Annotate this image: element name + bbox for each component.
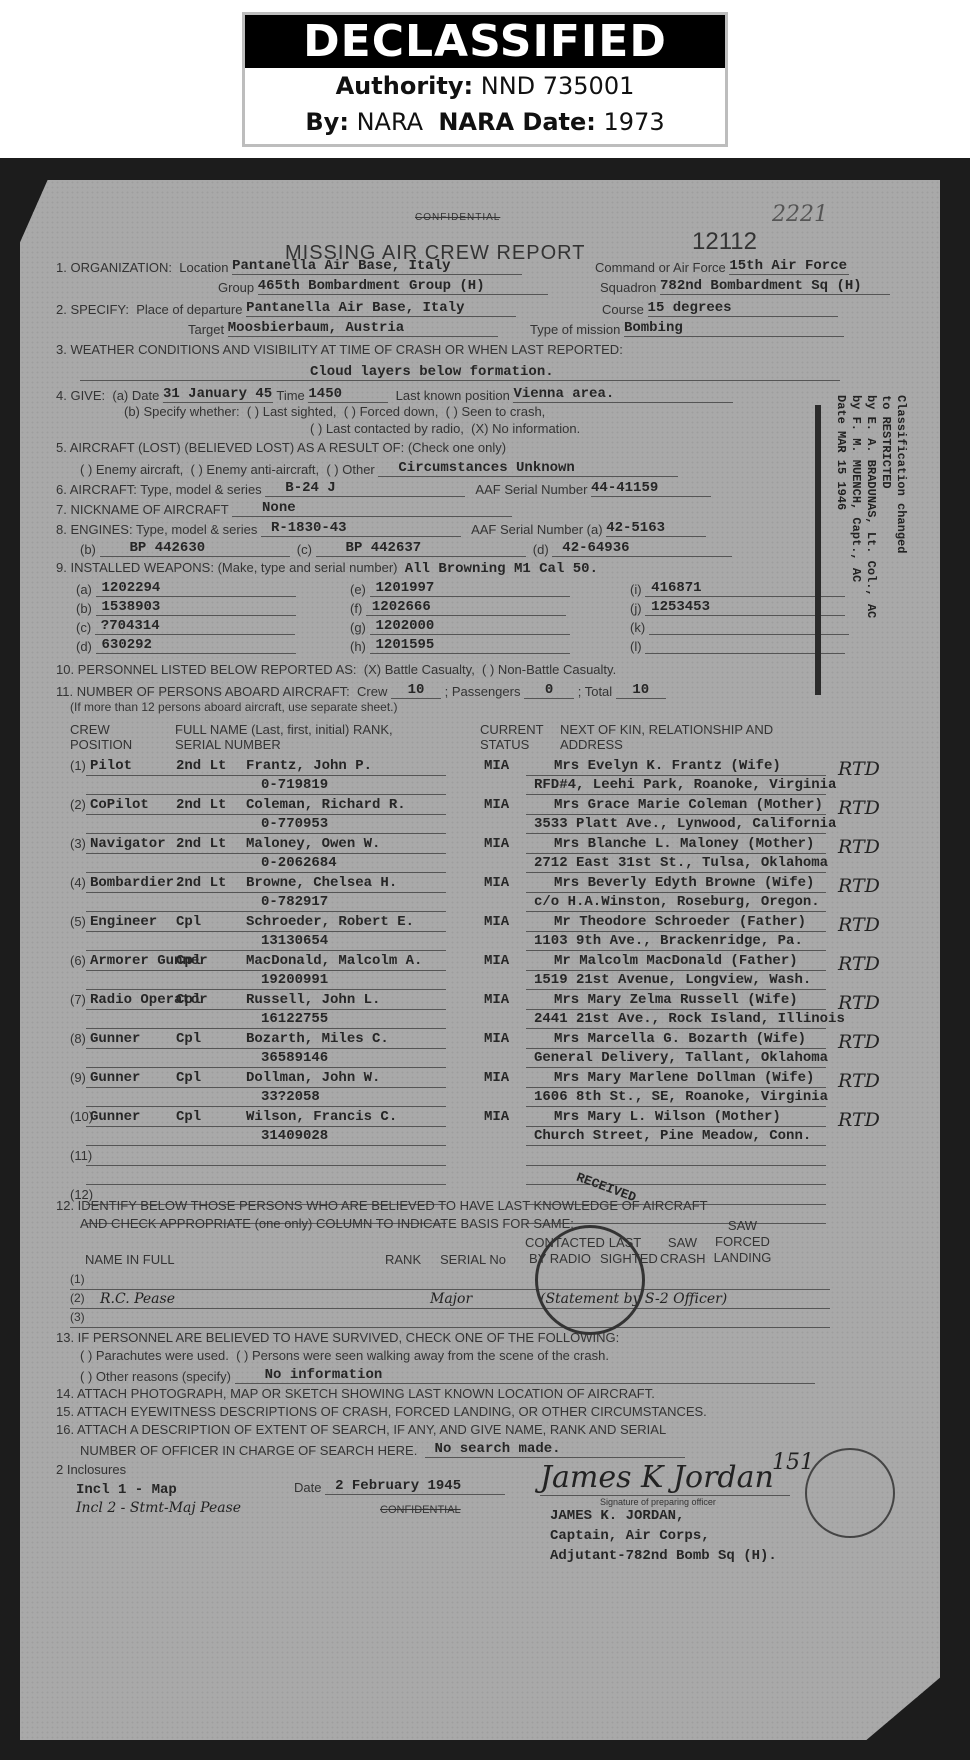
engines-label: 8. ENGINES: Type, model & series [56, 522, 257, 537]
rule-line [526, 814, 826, 815]
crew-status: MIA [484, 758, 509, 774]
total-label: ; Total [578, 684, 612, 699]
specify-whether-2: ( ) Last contacted by radio, (X) No info… [310, 421, 580, 436]
rule-line [86, 970, 446, 971]
signature-caption: Signature of preparing officer [600, 1497, 716, 1507]
search-value: No search made. [425, 1441, 685, 1458]
section-give: 4. GIVE: (a) Date 31 January 45 Time 145… [56, 386, 733, 403]
engine-serial-c: BP 442637 [316, 540, 526, 557]
crew-number: (1) [70, 758, 86, 773]
crew-position: Navigator [90, 836, 166, 852]
next-of-kin: Mrs Mary Zelma Russell (Wife) [554, 992, 798, 1008]
time-value: 1450 [308, 386, 388, 403]
kin-address: 3533 Platt Ave., Lynwood, California [534, 816, 836, 832]
rule-line [526, 1028, 826, 1029]
aircraft-label: 6. AIRCRAFT: Type, model & series [56, 482, 262, 497]
crew-position: Pilot [90, 758, 132, 774]
section-personnel-reported: 10. PERSONNEL LISTED BELOW REPORTED AS: … [56, 662, 616, 677]
target-value: Moosbierbaum, Austria [228, 320, 498, 337]
engine-type-value: R-1830-43 [261, 520, 461, 537]
crew-rank: 2nd Lt [176, 875, 226, 891]
weapon-key: (g) [350, 620, 366, 635]
course-label: Course [602, 302, 644, 317]
rtd-note: RTD [838, 836, 880, 858]
weapon-key: (k) [630, 620, 645, 635]
authority-value: NND 735001 [481, 72, 635, 100]
section-aircraft: 6. AIRCRAFT: Type, model & series B-24 J… [56, 480, 711, 497]
footer-date-value: 2 February 1945 [325, 1478, 505, 1495]
rule-line [86, 1087, 446, 1088]
rule-line [526, 989, 826, 990]
weapon-row: (c) ?704314 [76, 618, 295, 635]
command-label: Command or Air Force [595, 260, 726, 275]
nickname-label: 7. NICKNAME OF AIRCRAFT [56, 502, 228, 517]
rule-line [86, 833, 446, 834]
section-lost-result: 5. AIRCRAFT (LOST) (BELIEVED LOST) AS A … [56, 440, 506, 455]
table-row: (5)EngineerCplSchroeder, Robert E.131306… [56, 914, 896, 954]
squadron-value: 782nd Bombardment Sq (H) [660, 278, 890, 295]
weapon-serial: 630292 [96, 637, 296, 654]
nickname-value: None [232, 500, 512, 517]
weapon-serial: 1202294 [96, 580, 296, 597]
section-organization: 1. ORGANIZATION: Location Pantanella Air… [56, 258, 522, 275]
weapon-key: (c) [76, 620, 91, 635]
classification-top: CONFIDENTIAL [415, 212, 500, 223]
rule-line [86, 1009, 446, 1010]
handwritten-number: 2221 [772, 202, 828, 227]
col-full-name: FULL NAME (Last, first, initial) RANK, S… [175, 722, 405, 752]
passengers-label: ; Passengers [445, 684, 521, 699]
crew-serial: 0-782917 [261, 894, 328, 910]
crew-number: (7) [70, 992, 86, 1007]
aircraft-serial-label: AAF Serial Number [475, 482, 587, 497]
rule-line [86, 931, 446, 932]
table-row: (7)Radio OperatorCplRussell, John L.1612… [56, 992, 896, 1032]
witness-name: R.C. Pease [100, 1291, 175, 1307]
crew-serial: 16122755 [261, 1011, 328, 1027]
crew-status: MIA [484, 914, 509, 930]
table-row: (8)GunnerCplBozarth, Miles C.36589146MIA… [56, 1031, 896, 1071]
by-line: By: NARA NARA Date: 1973 [245, 104, 725, 140]
crew-status: MIA [484, 875, 509, 891]
witness-rank: Major [430, 1291, 472, 1307]
witness-row: (3) [70, 1310, 830, 1328]
rule-line [86, 1048, 446, 1049]
kin-address: 1103 9th Ave., Brackenridge, Pa. [534, 933, 803, 949]
mission-value: Bombing [624, 320, 844, 337]
stamp-line-1: Classification changed [893, 395, 908, 695]
rule-line [86, 950, 446, 951]
crew-rank: 2nd Lt [176, 758, 226, 774]
date-value: 31 January 45 [163, 386, 273, 403]
reclassification-stamp: Classification changed to RESTRICTED by … [808, 395, 908, 695]
forced-down-checkbox[interactable]: ( ) Forced down, [344, 404, 439, 419]
crew-count-value: 10 [391, 682, 441, 699]
crew-serial: 19200991 [261, 972, 328, 988]
kin-address: 2712 East 31st St., Tulsa, Oklahoma [534, 855, 828, 871]
weapons-label: 9. INSTALLED WEAPONS: (Make, type and se… [56, 560, 398, 575]
weapon-serial: 1202000 [370, 618, 570, 635]
specify-label: 2. SPECIFY: [56, 302, 129, 317]
weapon-serial: 1202666 [366, 599, 566, 616]
rule-line [526, 1126, 826, 1127]
crew-rank: Cpl [176, 953, 201, 969]
rule-line [86, 1165, 446, 1166]
margin-initials: 151 [772, 1450, 814, 1475]
footer-date: Date 2 February 1945 [294, 1478, 505, 1495]
rule-line [526, 1145, 826, 1146]
rtd-note: RTD [838, 758, 880, 780]
weapon-serial: 1538903 [96, 599, 296, 616]
kin-address: 2441 21st Ave., Rock Island, Illinois [534, 1011, 845, 1027]
departure-value: Pantanella Air Base, Italy [246, 300, 516, 317]
crew-serial: 31409028 [261, 1128, 328, 1144]
crew-rank: 2nd Lt [176, 836, 226, 852]
no-information-checkbox[interactable]: (X) No information. [471, 421, 580, 436]
weapon-row: (a) 1202294 [76, 580, 296, 597]
crew-status: MIA [484, 992, 509, 1008]
rule-line [86, 794, 446, 795]
rtd-note: RTD [838, 953, 880, 975]
kin-address: RFD#4, Leehi Park, Roanoke, Virginia [534, 777, 836, 793]
witness-number: (3) [70, 1310, 85, 1324]
org-label: 1. ORGANIZATION: [56, 260, 172, 275]
weapon-row: (g) 1202000 [350, 618, 570, 635]
rule-line [86, 1184, 446, 1185]
rule-line [86, 892, 446, 893]
section-weapons: 9. INSTALLED WEAPONS: (Make, type and se… [56, 560, 598, 577]
crew-rank: Cpl [176, 1109, 201, 1125]
rtd-note: RTD [838, 1031, 880, 1053]
target-field: Target Moosbierbaum, Austria [188, 320, 498, 337]
crew-number: (8) [70, 1031, 86, 1046]
crew-name: Bozarth, Miles C. [246, 1031, 389, 1047]
crew-status: MIA [484, 836, 509, 852]
command-field: Command or Air Force 15th Air Force [595, 258, 849, 275]
mission-field: Type of mission Bombing [530, 320, 844, 337]
rule-line [86, 1067, 446, 1068]
passengers-value: 0 [524, 682, 574, 699]
table-row: (11) [56, 1148, 896, 1188]
stamp-line-2: to RESTRICTED [878, 395, 893, 695]
section-attach-eyewitness: 15. ATTACH EYEWITNESS DESCRIPTIONS OF CR… [56, 1404, 707, 1419]
mission-label: Type of mission [530, 322, 620, 337]
authority-line: Authority: NND 735001 [245, 68, 725, 104]
inclosure-1: Incl 1 - Map [76, 1482, 177, 1498]
crew-position: Gunner [90, 1109, 140, 1125]
rule-line [526, 1106, 826, 1107]
crew-name: Wilson, Francis C. [246, 1109, 397, 1125]
crew-position: Engineer [90, 914, 157, 930]
rule-line [86, 872, 446, 873]
rule-line [526, 794, 826, 795]
table-row: (1)Pilot2nd LtFrantz, John P.0-719819MIA… [56, 758, 896, 798]
section-search-2: NUMBER OF OFFICER IN CHARGE OF SEARCH HE… [80, 1441, 685, 1458]
crew-status: MIA [484, 953, 509, 969]
next-of-kin: Mrs Marcella G. Bozarth (Wife) [554, 1031, 806, 1047]
crew-serial: 13130654 [261, 933, 328, 949]
section-persons-aboard: 11. NUMBER OF PERSONS ABOARD AIRCRAFT: C… [56, 682, 666, 699]
rule-line [526, 970, 826, 971]
course-field: Course 15 degrees [602, 300, 838, 317]
survived-options: ( ) Parachutes were used. ( ) Persons we… [80, 1348, 609, 1363]
kin-address: General Delivery, Tallant, Oklahoma [534, 1050, 828, 1066]
rule-line [526, 1184, 826, 1185]
weapon-serial: ?704314 [95, 618, 295, 635]
stamp-line-5: Date MAR 15 1946 [833, 395, 848, 695]
engine-d-label: (d) [533, 542, 549, 557]
weapon-key: (j) [630, 601, 642, 616]
time-label: Time [276, 388, 304, 403]
section-last-knowledge-2: AND CHECK APPROPRIATE (one only) COLUMN … [80, 1216, 574, 1231]
section-weather: 3. WEATHER CONDITIONS AND VISIBILITY AT … [56, 342, 623, 357]
engine-b-label: (b) [80, 542, 96, 557]
engine-serials: (b) BP 442630 (c) BP 442637 (d) 42-64936 [80, 540, 732, 557]
rtd-note: RTD [838, 914, 880, 936]
rule-line [526, 833, 826, 834]
crew-rank: Cpl [176, 1070, 201, 1086]
rule-line [526, 892, 826, 893]
next-of-kin: Mrs Mary L. Wilson (Mother) [554, 1109, 781, 1125]
rule-line [526, 1009, 826, 1010]
rule-line [86, 814, 446, 815]
engine-serial-b: BP 442630 [100, 540, 290, 557]
persons-aboard-label: 11. NUMBER OF PERSONS ABOARD AIRCRAFT: [56, 684, 350, 699]
rule-line [526, 1087, 826, 1088]
weapon-row: (f) 1202666 [350, 599, 566, 616]
non-battle-casualty-checkbox[interactable]: ( ) Non-Battle Casualty. [482, 662, 616, 677]
authority-label: Authority: [336, 72, 473, 100]
weapon-key: (b) [76, 601, 92, 616]
rule-line [526, 1165, 826, 1166]
table-row: (4)Bombardier2nd LtBrowne, Chelsea H.0-7… [56, 875, 896, 915]
section-specify: 2. SPECIFY: Place of departure Pantanell… [56, 300, 516, 317]
next-of-kin: Mr Theodore Schroeder (Father) [554, 914, 806, 930]
weapon-row: (d) 630292 [76, 637, 296, 654]
rtd-note: RTD [838, 875, 880, 897]
crew-name: MacDonald, Malcolm A. [246, 953, 422, 969]
location-value: Pantanella Air Base, Italy [232, 258, 522, 275]
table-row: (9)GunnerCplDollman, John W.33?2058MIAMr… [56, 1070, 896, 1110]
rule-line [86, 1106, 446, 1107]
give-label: 4. GIVE: [56, 388, 105, 403]
crew-number: (4) [70, 875, 86, 890]
other-cause-value: Circumstances Unknown [378, 460, 678, 477]
kin-address: c/o H.A.Winston, Roseburg, Oregon. [534, 894, 820, 910]
col-saw-forced-landing: SAW FORCED LANDING [710, 1218, 775, 1266]
rule-line [86, 911, 446, 912]
by-label: By: [305, 108, 349, 136]
crew-position: Gunner [90, 1031, 140, 1047]
date-label: (a) Date [112, 388, 159, 403]
next-of-kin: Mrs Mary Marlene Dollman (Wife) [554, 1070, 814, 1086]
total-value: 10 [616, 682, 666, 699]
rule-line [526, 1048, 826, 1049]
other-checkbox[interactable]: ( ) Other [326, 462, 374, 477]
stamp-line-3: by E. A. BRADUNAS, Lt. Col., AC [863, 395, 878, 695]
kin-address: 1519 21st Avenue, Longview, Wash. [534, 972, 811, 988]
engine-serial-a: 42-5163 [606, 520, 706, 537]
crew-count-label: Crew [357, 684, 387, 699]
rule-line [86, 1145, 446, 1146]
weather-value: Cloud layers below formation. [310, 364, 554, 380]
section-survived: 13. IF PERSONNEL ARE BELIEVED TO HAVE SU… [56, 1330, 619, 1345]
last-radio-checkbox[interactable]: ( ) Last contacted by radio, [310, 421, 464, 436]
other-reasons-value: No information [235, 1367, 815, 1384]
rule-line [86, 1028, 446, 1029]
rtd-note: RTD [838, 992, 880, 1014]
kin-address: 1606 8th St., SE, Roanoke, Virginia [534, 1089, 828, 1105]
rule-line [526, 1067, 826, 1068]
declassified-banner: DECLASSIFIED Authority: NND 735001 By: N… [242, 12, 728, 147]
parachutes-checkbox[interactable]: ( ) Parachutes were used. [80, 1348, 229, 1363]
officer-rank: Captain, Air Corps, [550, 1528, 710, 1544]
departure-label: Place of departure [136, 302, 242, 317]
report-page: CONFIDENTIAL MISSING AIR CREW REPORT 121… [20, 180, 940, 1740]
rtd-note: RTD [838, 797, 880, 819]
aircraft-type-value: B-24 J [265, 480, 465, 497]
enemy-aircraft-checkbox[interactable]: ( ) Enemy aircraft, [80, 462, 183, 477]
crew-name: Maloney, Owen W. [246, 836, 380, 852]
crew-name: Dollman, John W. [246, 1070, 380, 1086]
col-rank: RANK [385, 1252, 421, 1267]
engine-serial-d: 42-64936 [552, 540, 732, 557]
crew-serial: 0-719819 [261, 777, 328, 793]
crew-name: Coleman, Richard R. [246, 797, 406, 813]
crew-position: Gunner [90, 1070, 140, 1086]
rule-line [526, 872, 826, 873]
crew-serial: 36589146 [261, 1050, 328, 1066]
rtd-note: RTD [838, 1070, 880, 1092]
col-status: CURRENT STATUS [480, 722, 540, 752]
crew-position: CoPilot [90, 797, 149, 813]
location-label: Location [179, 260, 228, 275]
battle-casualty-checkbox[interactable]: (X) Battle Casualty, [364, 662, 475, 677]
nara-date-value: 1973 [604, 108, 665, 136]
witness-row: (1) [70, 1272, 830, 1290]
lost-result-options: ( ) Enemy aircraft, ( ) Enemy anti-aircr… [80, 460, 678, 477]
table-row: (6)Armorer GunnerCplMacDonald, Malcolm A… [56, 953, 896, 993]
stamp-line-4: by F. M. MUENCH, Capt., AC [848, 395, 863, 695]
weapon-row: (e) 1201997 [350, 580, 570, 597]
group-value: 465th Bombardment Group (H) [258, 278, 548, 295]
weapon-row: (h) 1201595 [350, 637, 570, 654]
crew-rank: Cpl [176, 992, 201, 1008]
section-attach-photo: 14. ATTACH PHOTOGRAPH, MAP OR SKETCH SHO… [56, 1386, 655, 1401]
crew-serial: 33?2058 [261, 1089, 320, 1105]
weapon-key: (h) [350, 639, 366, 654]
table-row: (10)GunnerCplWilson, Francis C.31409028M… [56, 1109, 896, 1149]
col-next-of-kin: NEXT OF KIN, RELATIONSHIP AND ADDRESS [560, 722, 790, 752]
inclosures-label: 2 Inclosures [56, 1462, 126, 1477]
table-row: (3)Navigator2nd LtMaloney, Owen W.0-2062… [56, 836, 896, 876]
weapons-make-value: All Browning M1 Cal 50. [405, 561, 598, 577]
crew-number: (5) [70, 914, 86, 929]
enemy-aa-checkbox[interactable]: ( ) Enemy anti-aircraft, [191, 462, 320, 477]
witness-number: (2) [70, 1291, 85, 1305]
weapon-key: (f) [350, 601, 362, 616]
crew-rank: Cpl [176, 1031, 201, 1047]
crew-serial: 0-2062684 [261, 855, 337, 871]
nara-date-label: NARA Date: [438, 108, 596, 136]
weather-line: Cloud layers below formation. [80, 363, 840, 381]
aircraft-serial-value: 44-41159 [591, 480, 711, 497]
weapon-row: (b) 1538903 [76, 599, 296, 616]
weapon-key: (e) [350, 582, 366, 597]
declassified-title: DECLASSIFIED [245, 15, 725, 68]
group-label: Group [218, 280, 254, 295]
weapon-key: (d) [76, 639, 92, 654]
crew-number: (6) [70, 953, 86, 968]
next-of-kin: Mrs Beverly Edyth Browne (Wife) [554, 875, 814, 891]
next-of-kin: Mr Malcolm MacDonald (Father) [554, 953, 798, 969]
classification-bottom: CONFIDENTIAL [380, 1504, 461, 1516]
survived-other: ( ) Other reasons (specify) No informati… [80, 1367, 815, 1384]
witness-number: (1) [70, 1272, 85, 1286]
footer-date-label: Date [294, 1480, 321, 1495]
section-engines: 8. ENGINES: Type, model & series R-1830-… [56, 520, 706, 537]
last-sighted-checkbox[interactable]: ( ) Last sighted, [247, 404, 337, 419]
personnel-reported-label: 10. PERSONNEL LISTED BELOW REPORTED AS: [56, 662, 357, 677]
crew-number: (2) [70, 797, 86, 812]
seen-crash-checkbox[interactable]: ( ) Seen to crash, [446, 404, 546, 419]
rule-line [86, 853, 446, 854]
section-search: 16. ATTACH A DESCRIPTION OF EXTENT OF SE… [56, 1422, 666, 1437]
kin-address: Church Street, Pine Meadow, Conn. [534, 1128, 811, 1144]
inclosure-2: Incl 2 - Stmt-Maj Pease [76, 1500, 241, 1516]
crew-status: MIA [484, 1109, 509, 1125]
rule-line [86, 775, 446, 776]
crew-rank: 2nd Lt [176, 797, 226, 813]
initials-circle [805, 1448, 895, 1538]
table-row: (2)CoPilot2nd LtColeman, Richard R.0-770… [56, 797, 896, 837]
course-value: 15 degrees [648, 300, 838, 317]
crew-name: Russell, John L. [246, 992, 380, 1008]
crew-number: (3) [70, 836, 86, 851]
next-of-kin: Mrs Blanche L. Maloney (Mother) [554, 836, 814, 852]
col-serial: SERIAL No [440, 1252, 506, 1267]
target-label: Target [188, 322, 224, 337]
walking-away-checkbox[interactable]: ( ) Persons were seen walking away from … [236, 1348, 609, 1363]
rule-line [526, 775, 826, 776]
weapon-serial: 1201997 [370, 580, 570, 597]
received-stamp-circle [535, 1225, 645, 1335]
weapon-key: (i) [630, 582, 642, 597]
rule-line [526, 911, 826, 912]
weapon-key: (l) [630, 639, 642, 654]
rule-line [526, 853, 826, 854]
engine-c-label: (c) [297, 542, 312, 557]
crew-status: MIA [484, 1031, 509, 1047]
rule-line [86, 989, 446, 990]
position-label: Last known position [396, 388, 510, 403]
crew-status: MIA [484, 1070, 509, 1086]
signature: James K Jordan [540, 1460, 790, 1496]
crew-position: Bombardier [90, 875, 174, 891]
persons-note: (If more than 12 persons aboard aircraft… [70, 700, 398, 714]
position-value: Vienna area. [513, 386, 733, 403]
crew-rank: Cpl [176, 914, 201, 930]
group-field: Group 465th Bombardment Group (H) [218, 278, 548, 295]
weapon-key: (a) [76, 582, 92, 597]
other-reasons-checkbox[interactable]: ( ) Other reasons (specify) [80, 1369, 231, 1384]
rule-line [526, 950, 826, 951]
officer-name: JAMES K. JORDAN, [550, 1508, 684, 1524]
crew-name: Schroeder, Robert E. [246, 914, 414, 930]
rule-line [526, 931, 826, 932]
squadron-label: Squadron [600, 280, 656, 295]
officer-title: Adjutant-782nd Bomb Sq (H). [550, 1548, 777, 1564]
